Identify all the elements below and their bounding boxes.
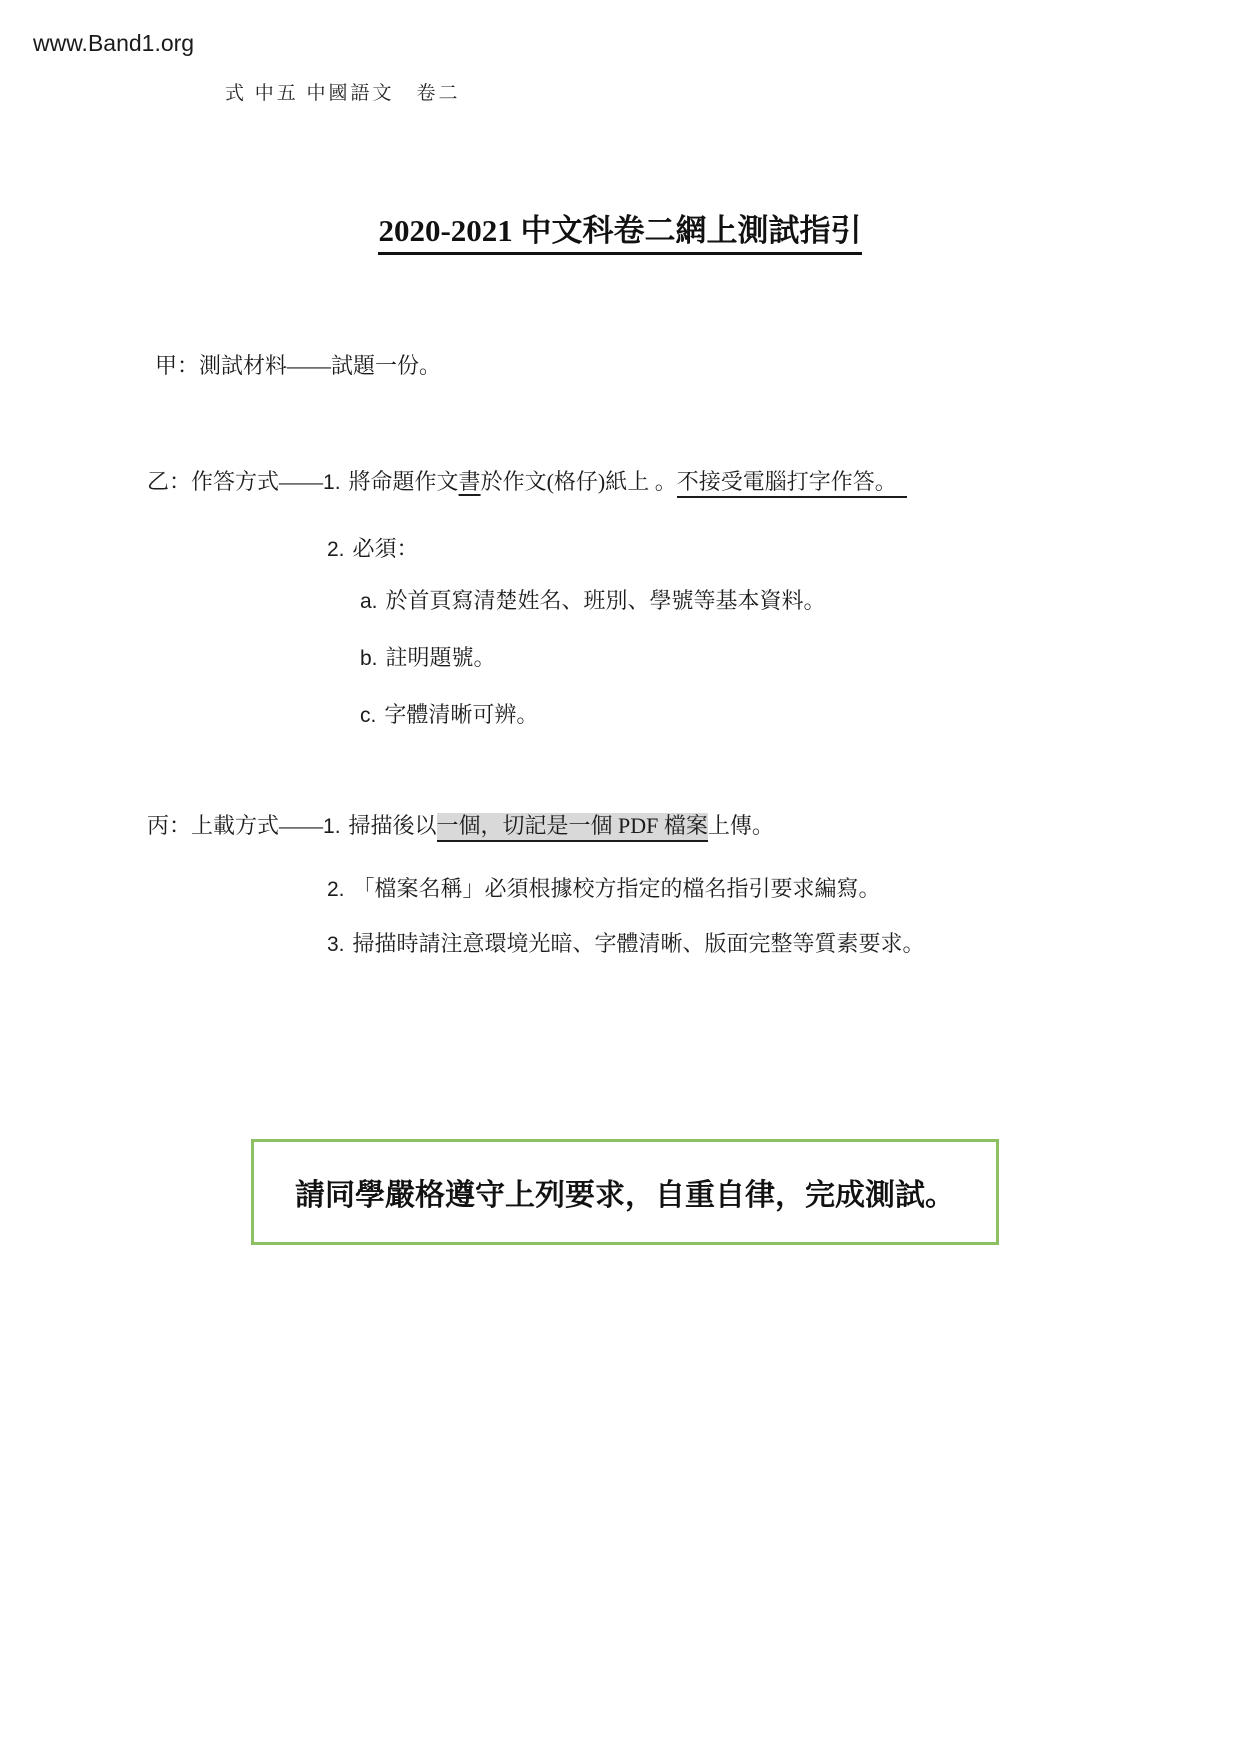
section-c-item2-text: 「檔案名稱」必須根據校方指定的檔名指引要求編寫。 <box>353 876 881 901</box>
section-b-item2-number: 2. <box>327 538 353 561</box>
section-c-item3-text: 掃描時請注意環境光暗、字體清晰、版面完整等質素要求。 <box>353 931 925 956</box>
section-c-item1-number: 1. <box>323 815 349 838</box>
section-b-item1-underlined-char: 書 <box>459 469 481 494</box>
section-b-sub-b-text: 註明題號。 <box>386 645 496 670</box>
section-c-label: 丙：上載方式—— <box>147 813 323 838</box>
watermark-url: www.Band1.org <box>33 30 194 57</box>
section-c-line3: 3.掃描時請注意環境光暗、字體清晰、版面完整等質素要求。 <box>327 929 925 959</box>
section-a-line: 甲：測試材料——試題一份。 <box>155 351 441 381</box>
doc-header: 式 中五 中國語文 卷二 <box>225 78 461 105</box>
section-b-item1-part2: 於作文(格仔)紙上 。 <box>481 469 677 494</box>
section-b-line2: 2.必須： <box>327 534 419 564</box>
section-c-item3-number: 3. <box>327 933 353 956</box>
notice-text: 請同學嚴格遵守上列要求，自重自律，完成測試。 <box>295 1170 955 1214</box>
section-b-line1: 乙：作答方式——1.將命題作文書於作文(格仔)紙上 。不接受電腦打字作答。 <box>147 467 907 497</box>
section-c-item1-part2: 上傳。 <box>708 813 774 838</box>
section-b-sub-c-text: 字體清晰可辨。 <box>384 702 538 727</box>
section-b-item1-part1: 將命題作文 <box>349 469 459 494</box>
section-b-sub-b: b.註明題號。 <box>360 643 496 673</box>
title-row: 2020-2021 中文科卷二網上測試指引 <box>0 205 1240 255</box>
section-b-sub-a: a.於首頁寫清楚姓名、班別、學號等基本資料。 <box>360 586 826 616</box>
page-title: 2020-2021 中文科卷二網上測試指引 <box>378 205 861 255</box>
section-b-sub-c-letter: c. <box>360 704 384 727</box>
section-b-item2-text: 必須： <box>353 536 419 561</box>
section-b-sub-a-text: 於首頁寫清楚姓名、班別、學號等基本資料。 <box>386 588 826 613</box>
section-b-label: 乙：作答方式—— <box>147 469 323 494</box>
section-b-item1-number: 1. <box>323 471 349 494</box>
section-a-text: 甲：測試材料——試題一份。 <box>155 353 441 378</box>
section-c-line1: 丙：上載方式——1.掃描後以一個，切記是一個 PDF 檔案上傳。 <box>147 811 774 841</box>
section-b-sub-c: c.字體清晰可辨。 <box>360 700 538 730</box>
section-b-sub-a-letter: a. <box>360 590 386 613</box>
document-page: www.Band1.org 式 中五 中國語文 卷二 2020-2021 中文科… <box>0 0 1240 1754</box>
section-b-item1-underlined-clause: 不接受電腦打字作答。 <box>677 469 907 498</box>
section-c-item1-part1: 掃描後以 <box>349 813 437 838</box>
section-c-item2-number: 2. <box>327 878 353 901</box>
section-c-line2: 2.「檔案名稱」必須根據校方指定的檔名指引要求編寫。 <box>327 874 881 904</box>
section-c-item1-highlighted-text: 一個，切記是一個 PDF 檔案 <box>437 813 708 842</box>
notice-box: 請同學嚴格遵守上列要求，自重自律，完成測試。 <box>251 1139 999 1245</box>
section-b-sub-b-letter: b. <box>360 647 386 670</box>
